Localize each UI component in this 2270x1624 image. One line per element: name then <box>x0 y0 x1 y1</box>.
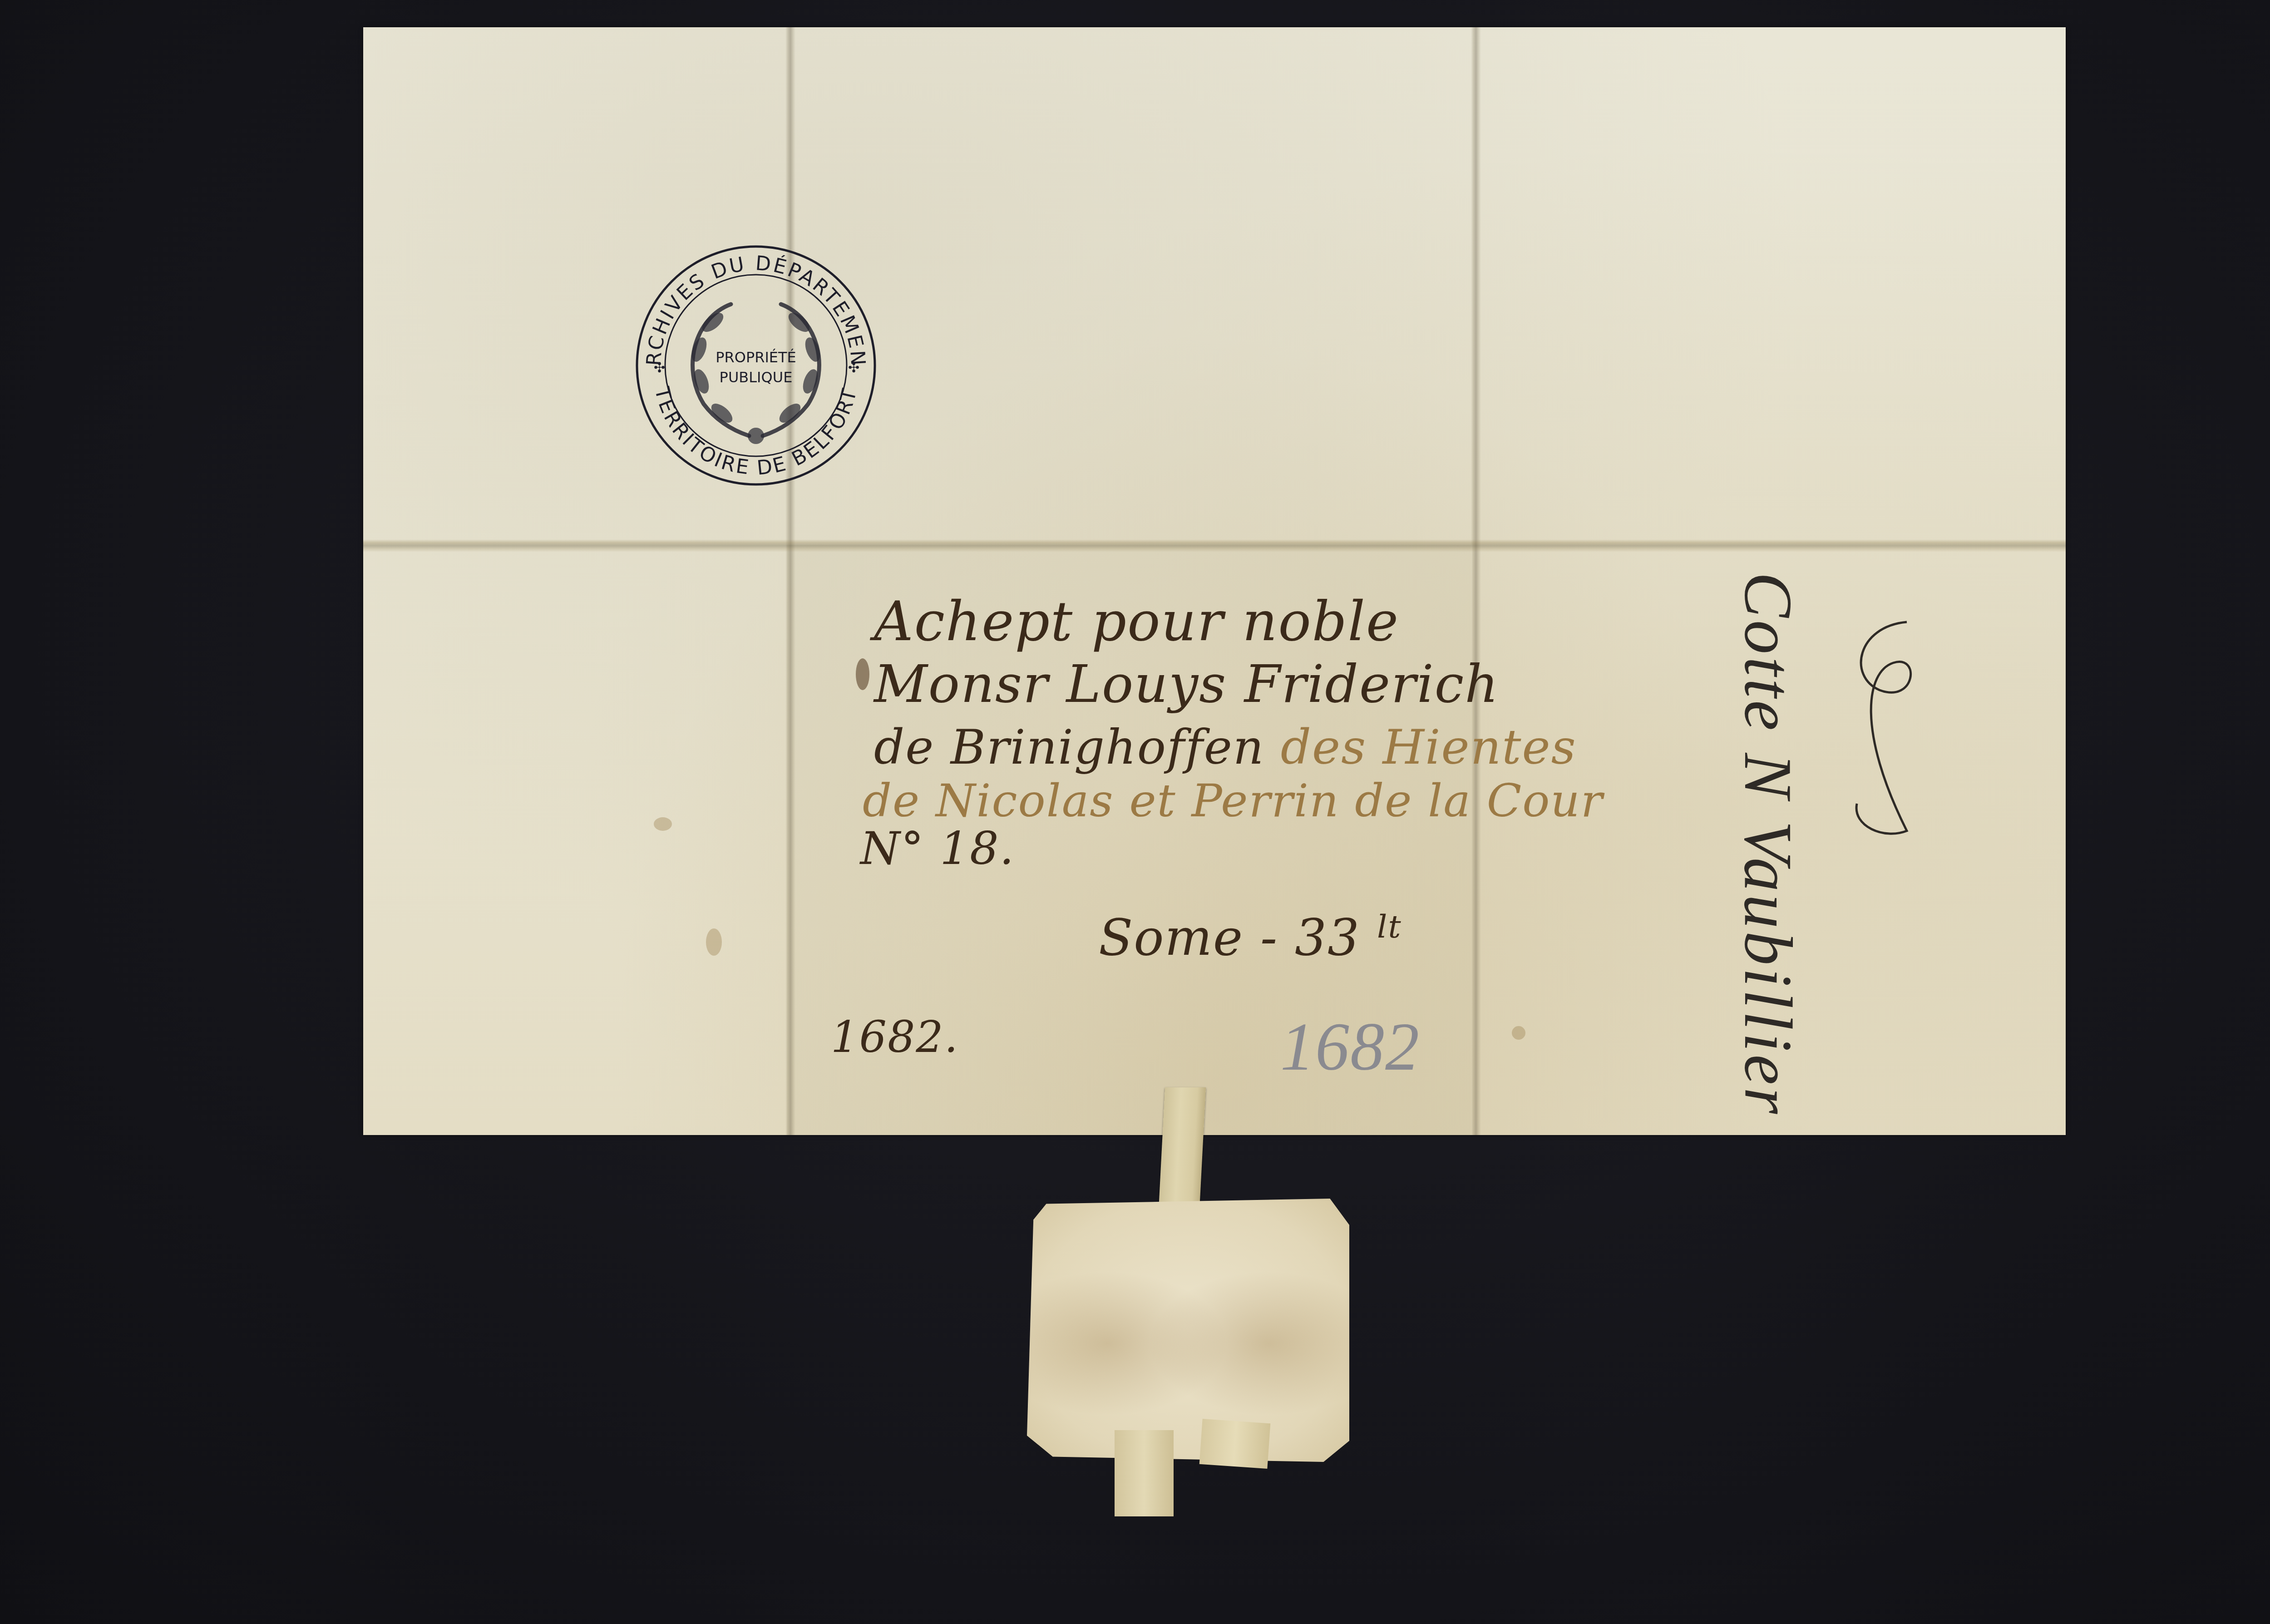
sum-unit: lt <box>1377 908 1402 945</box>
sum-value: 33 <box>1295 908 1360 967</box>
stamp-center-line-1: PROPRIÉTÉ <box>716 349 796 366</box>
endorsement-line-3: de Brinighoffen des Hientes <box>874 720 1577 775</box>
svg-text:✣: ✣ <box>654 360 665 376</box>
svg-text:✣: ✣ <box>848 360 859 376</box>
ink-stain <box>1512 1026 1525 1040</box>
seal-tag <box>1027 1199 1349 1462</box>
number-label: N° <box>860 822 925 875</box>
seal-strap-end-right <box>1199 1419 1271 1469</box>
archive-stamp: ARCHIVES DU DÉPARTEMENT TERRITOIRE DE BE… <box>627 236 885 495</box>
year-ink: 1682. <box>831 1012 959 1062</box>
number-value: 18. <box>940 822 1015 875</box>
stamp-center-line-2: PUBLIQUE <box>720 369 793 386</box>
svg-text:ARCHIVES DU DÉPARTEMENT: ARCHIVES DU DÉPARTEMENT <box>627 236 870 368</box>
seal-strap-end-left <box>1115 1430 1174 1516</box>
sum-label: Some - <box>1099 908 1278 967</box>
signature: Cotte N Vaubillier <box>1729 572 1807 1117</box>
vertical-fold-right <box>1471 27 1481 1135</box>
ink-blot <box>856 658 869 690</box>
ink-stain <box>654 817 672 831</box>
endorsement-line-3-faded: des Hientes <box>1281 720 1577 775</box>
endorsement-line-1: Achept pour noble <box>874 590 1399 653</box>
endorsement-line-2: Monsr Louys Friderich <box>874 654 1499 715</box>
stamp-text-top: ARCHIVES DU DÉPARTEMENT <box>627 236 870 368</box>
sum-annotation: Some - 33 lt <box>1099 908 1402 967</box>
endorsement-line-4: de Nicolas et Perrin de la Cour <box>863 774 1604 827</box>
document-number: N° 18. <box>860 822 1015 875</box>
endorsement-line-3-dark: de Brinighoffen <box>874 720 1264 775</box>
parchment-sheet <box>363 27 2066 1135</box>
paraph-flourish-icon <box>1839 613 1929 849</box>
year-pencil: 1682 <box>1280 1008 1420 1086</box>
ink-stain <box>706 928 722 956</box>
